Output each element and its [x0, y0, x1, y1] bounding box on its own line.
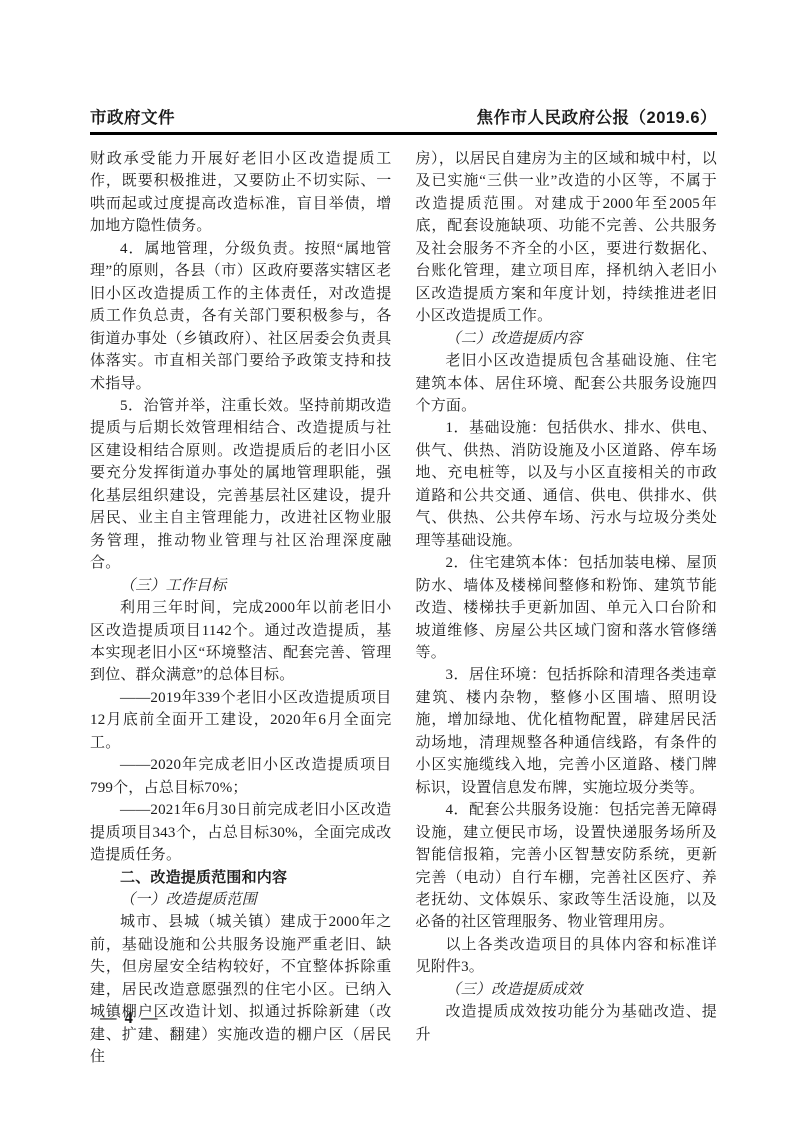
paragraph: ——2021年6月30日前完成老旧小区改造提质项目343个，占总目标30%，全面… [90, 799, 392, 866]
page-header: 市政府文件 焦作市人民政府公报（2019.6） [90, 104, 717, 128]
paragraph: ——2019年339个老旧小区改造提质项目12月底前全面开工建设，2020年6月… [90, 687, 392, 754]
page-body: 财政承受能力开展好老旧小区改造提质工作，既要积极推进，又要防止不切实际、一哄而起… [90, 148, 717, 1069]
paragraph: 4．配套公共服务设施：包括完善无障碍设施，建立便民市场，设置快递服务场所及智能信… [416, 799, 718, 934]
header-rule [90, 132, 717, 135]
paragraph: 以上各类改造项目的具体内容和标准详见附件3。 [416, 934, 718, 979]
page-number: — 4 — [100, 1008, 160, 1027]
paragraph: 老旧小区改造提质包含基础设施、住宅建筑本体、居住环境、配套公共服务设施四个方面。 [416, 350, 718, 417]
paragraph: 改造提质成效按功能分为基础改造、提升 [416, 1001, 718, 1046]
left-column: 财政承受能力开展好老旧小区改造提质工作，既要积极推进，又要防止不切实际、一哄而起… [90, 148, 392, 1069]
paragraph: 城市、县城（城关镇）建成于2000年之前，基础设施和公共服务设施严重老旧、缺失，… [90, 911, 392, 1068]
paragraph: 3．居住环境：包括拆除和清理各类违章建筑、楼内杂物，整修小区围墙、照明设施，增加… [416, 664, 718, 799]
page-footer: — 4 — [100, 1008, 160, 1028]
paragraph: 财政承受能力开展好老旧小区改造提质工作，既要积极推进，又要防止不切实际、一哄而起… [90, 148, 392, 238]
document-page: 市政府文件 焦作市人民政府公报（2019.6） 财政承受能力开展好老旧小区改造提… [0, 0, 793, 1122]
paragraph: （二）改造提质内容 [416, 328, 718, 350]
header-left-title: 市政府文件 [90, 104, 175, 128]
paragraph: 5．治管并举，注重长效。坚持前期改造提质与后期长效管理相结合、改造提质与社区建设… [90, 395, 392, 575]
paragraph: 2．住宅建筑本体：包括加装电梯、屋顶防水、墙体及楼梯间整修和粉饰、建筑节能改造、… [416, 552, 718, 664]
paragraph: 房），以居民自建房为主的区域和城中村，以及已实施“三供一业”改造的小区等，不属于… [416, 148, 718, 328]
paragraph: （一）改造提质范围 [90, 889, 392, 911]
paragraph: 4．属地管理，分级负责。按照“属地管理”的原则，各县（市）区政府要落实辖区老旧小… [90, 238, 392, 395]
paragraph: （三）改造提质成效 [416, 979, 718, 1001]
paragraph: ——2020年完成老旧小区改造提质项目799个，占总目标70%； [90, 754, 392, 799]
paragraph: 1．基础设施：包括供水、排水、供电、供气、供热、消防设施及小区道路、停车场地、充… [416, 417, 718, 552]
paragraph: （三）工作目标 [90, 575, 392, 597]
header-right-title: 焦作市人民政府公报（2019.6） [477, 104, 717, 128]
paragraph: 利用三年时间，完成2000年以前老旧小区改造提质项目1142个。通过改造提质，基… [90, 597, 392, 687]
paragraph: 二、改造提质范围和内容 [90, 867, 392, 889]
right-column: 房），以居民自建房为主的区域和城中村，以及已实施“三供一业”改造的小区等，不属于… [416, 148, 718, 1069]
